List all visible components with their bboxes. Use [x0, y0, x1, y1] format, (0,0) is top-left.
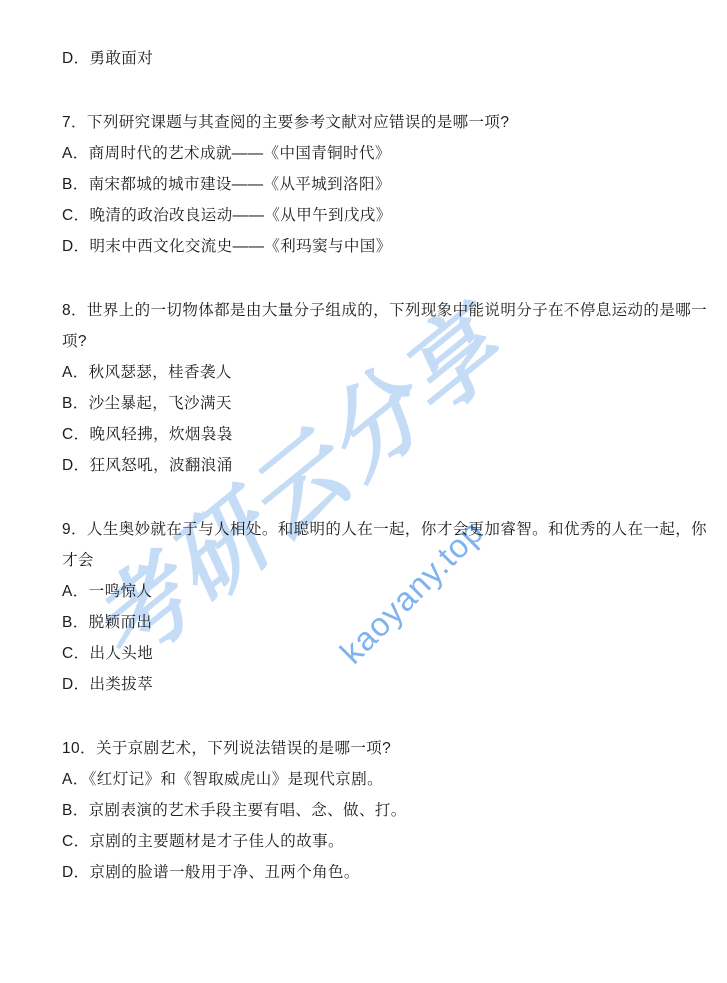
- text-line: 10．关于京剧艺术，下列说法错误的是哪一项?: [62, 733, 697, 764]
- text-line: C．京剧的主要题材是才子佳人的故事。: [62, 826, 697, 857]
- question-block: 9．人生奥妙就在于与人相处。和聪明的人在一起，你才会更加睿智。和优秀的人在一起，…: [62, 514, 697, 700]
- document-page: 考研云分享 kaoyany.top D．勇敢面对7．下列研究课题与其查阅的主要参…: [0, 0, 727, 983]
- question-block: 7．下列研究课题与其查阅的主要参考文献对应错误的是哪一项?A．商周时代的艺术成就…: [62, 107, 697, 262]
- text-line: A．一鸣惊人: [62, 576, 697, 607]
- text-line: B．沙尘暴起，飞沙满天: [62, 388, 697, 419]
- text-line: D．狂风怒吼，波翻浪涌: [62, 450, 697, 481]
- text-line: D．明末中西文化交流史——《利玛窦与中国》: [62, 231, 697, 262]
- text-line: C．出人头地: [62, 638, 697, 669]
- text-line: B．京剧表演的艺术手段主要有唱、念、做、打。: [62, 795, 697, 826]
- text-line: 才会: [62, 545, 697, 576]
- question-list: D．勇敢面对7．下列研究课题与其查阅的主要参考文献对应错误的是哪一项?A．商周时…: [0, 0, 727, 983]
- text-line: A．商周时代的艺术成就——《中国青铜时代》: [62, 138, 697, 169]
- text-line: C．晚风轻拂，炊烟袅袅: [62, 419, 697, 450]
- text-line: 9．人生奥妙就在于与人相处。和聪明的人在一起，你才会更加睿智。和优秀的人在一起，…: [62, 514, 697, 545]
- question-block: 8．世界上的一切物体都是由大量分子组成的，下列现象中能说明分子在不停息运动的是哪…: [62, 295, 697, 481]
- text-line: 项?: [62, 326, 697, 357]
- text-line: A．《红灯记》和《智取威虎山》是现代京剧。: [62, 764, 697, 795]
- text-line: 8．世界上的一切物体都是由大量分子组成的，下列现象中能说明分子在不停息运动的是哪…: [62, 295, 697, 326]
- question-block: D．勇敢面对: [62, 43, 697, 74]
- text-line: C．晚清的政治改良运动——《从甲午到戊戌》: [62, 200, 697, 231]
- text-line: B．脱颖而出: [62, 607, 697, 638]
- text-line: D．京剧的脸谱一般用于净、丑两个角色。: [62, 857, 697, 888]
- text-line: D．出类拔萃: [62, 669, 697, 700]
- question-block: 10．关于京剧艺术，下列说法错误的是哪一项?A．《红灯记》和《智取威虎山》是现代…: [62, 733, 697, 888]
- text-line: D．勇敢面对: [62, 43, 697, 74]
- text-line: B．南宋都城的城市建设——《从平城到洛阳》: [62, 169, 697, 200]
- text-line: 7．下列研究课题与其查阅的主要参考文献对应错误的是哪一项?: [62, 107, 697, 138]
- text-line: A．秋风瑟瑟，桂香袭人: [62, 357, 697, 388]
